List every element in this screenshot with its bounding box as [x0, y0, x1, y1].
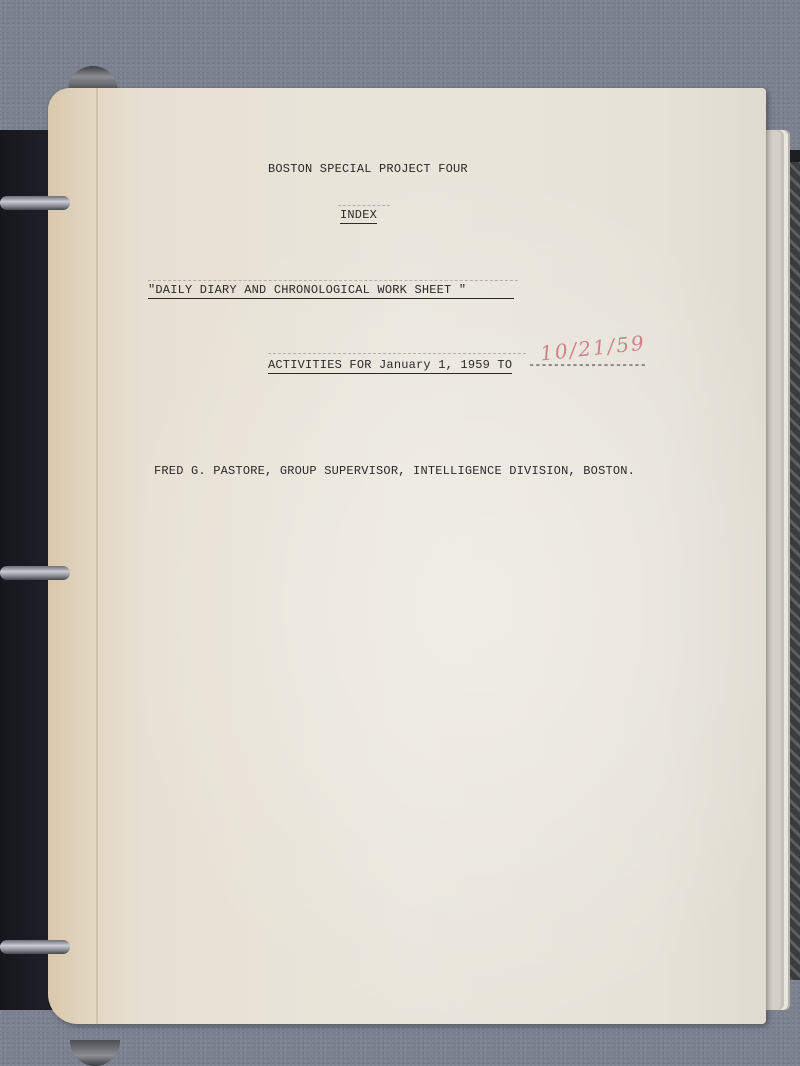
guide-line	[338, 205, 390, 206]
binder-ring-bottom-arc	[70, 1040, 120, 1066]
worksheet-title: "DAILY DIARY AND CHRONOLOGICAL WORK SHEE…	[148, 283, 514, 299]
guide-line	[148, 280, 518, 281]
binder-ring-3	[0, 940, 70, 954]
document-title: BOSTON SPECIAL PROJECT FOUR	[268, 162, 468, 176]
document-subtitle: INDEX	[340, 208, 377, 224]
binder-ring-2	[0, 566, 70, 580]
document-page	[48, 88, 766, 1024]
binder-ring-1	[0, 196, 70, 210]
page-margin-crease	[96, 88, 98, 1024]
activities-range: ACTIVITIES FOR January 1, 1959 TO	[268, 358, 512, 374]
guide-line	[268, 353, 526, 354]
author-line: FRED G. PASTORE, GROUP SUPERVISOR, INTEL…	[154, 464, 635, 478]
